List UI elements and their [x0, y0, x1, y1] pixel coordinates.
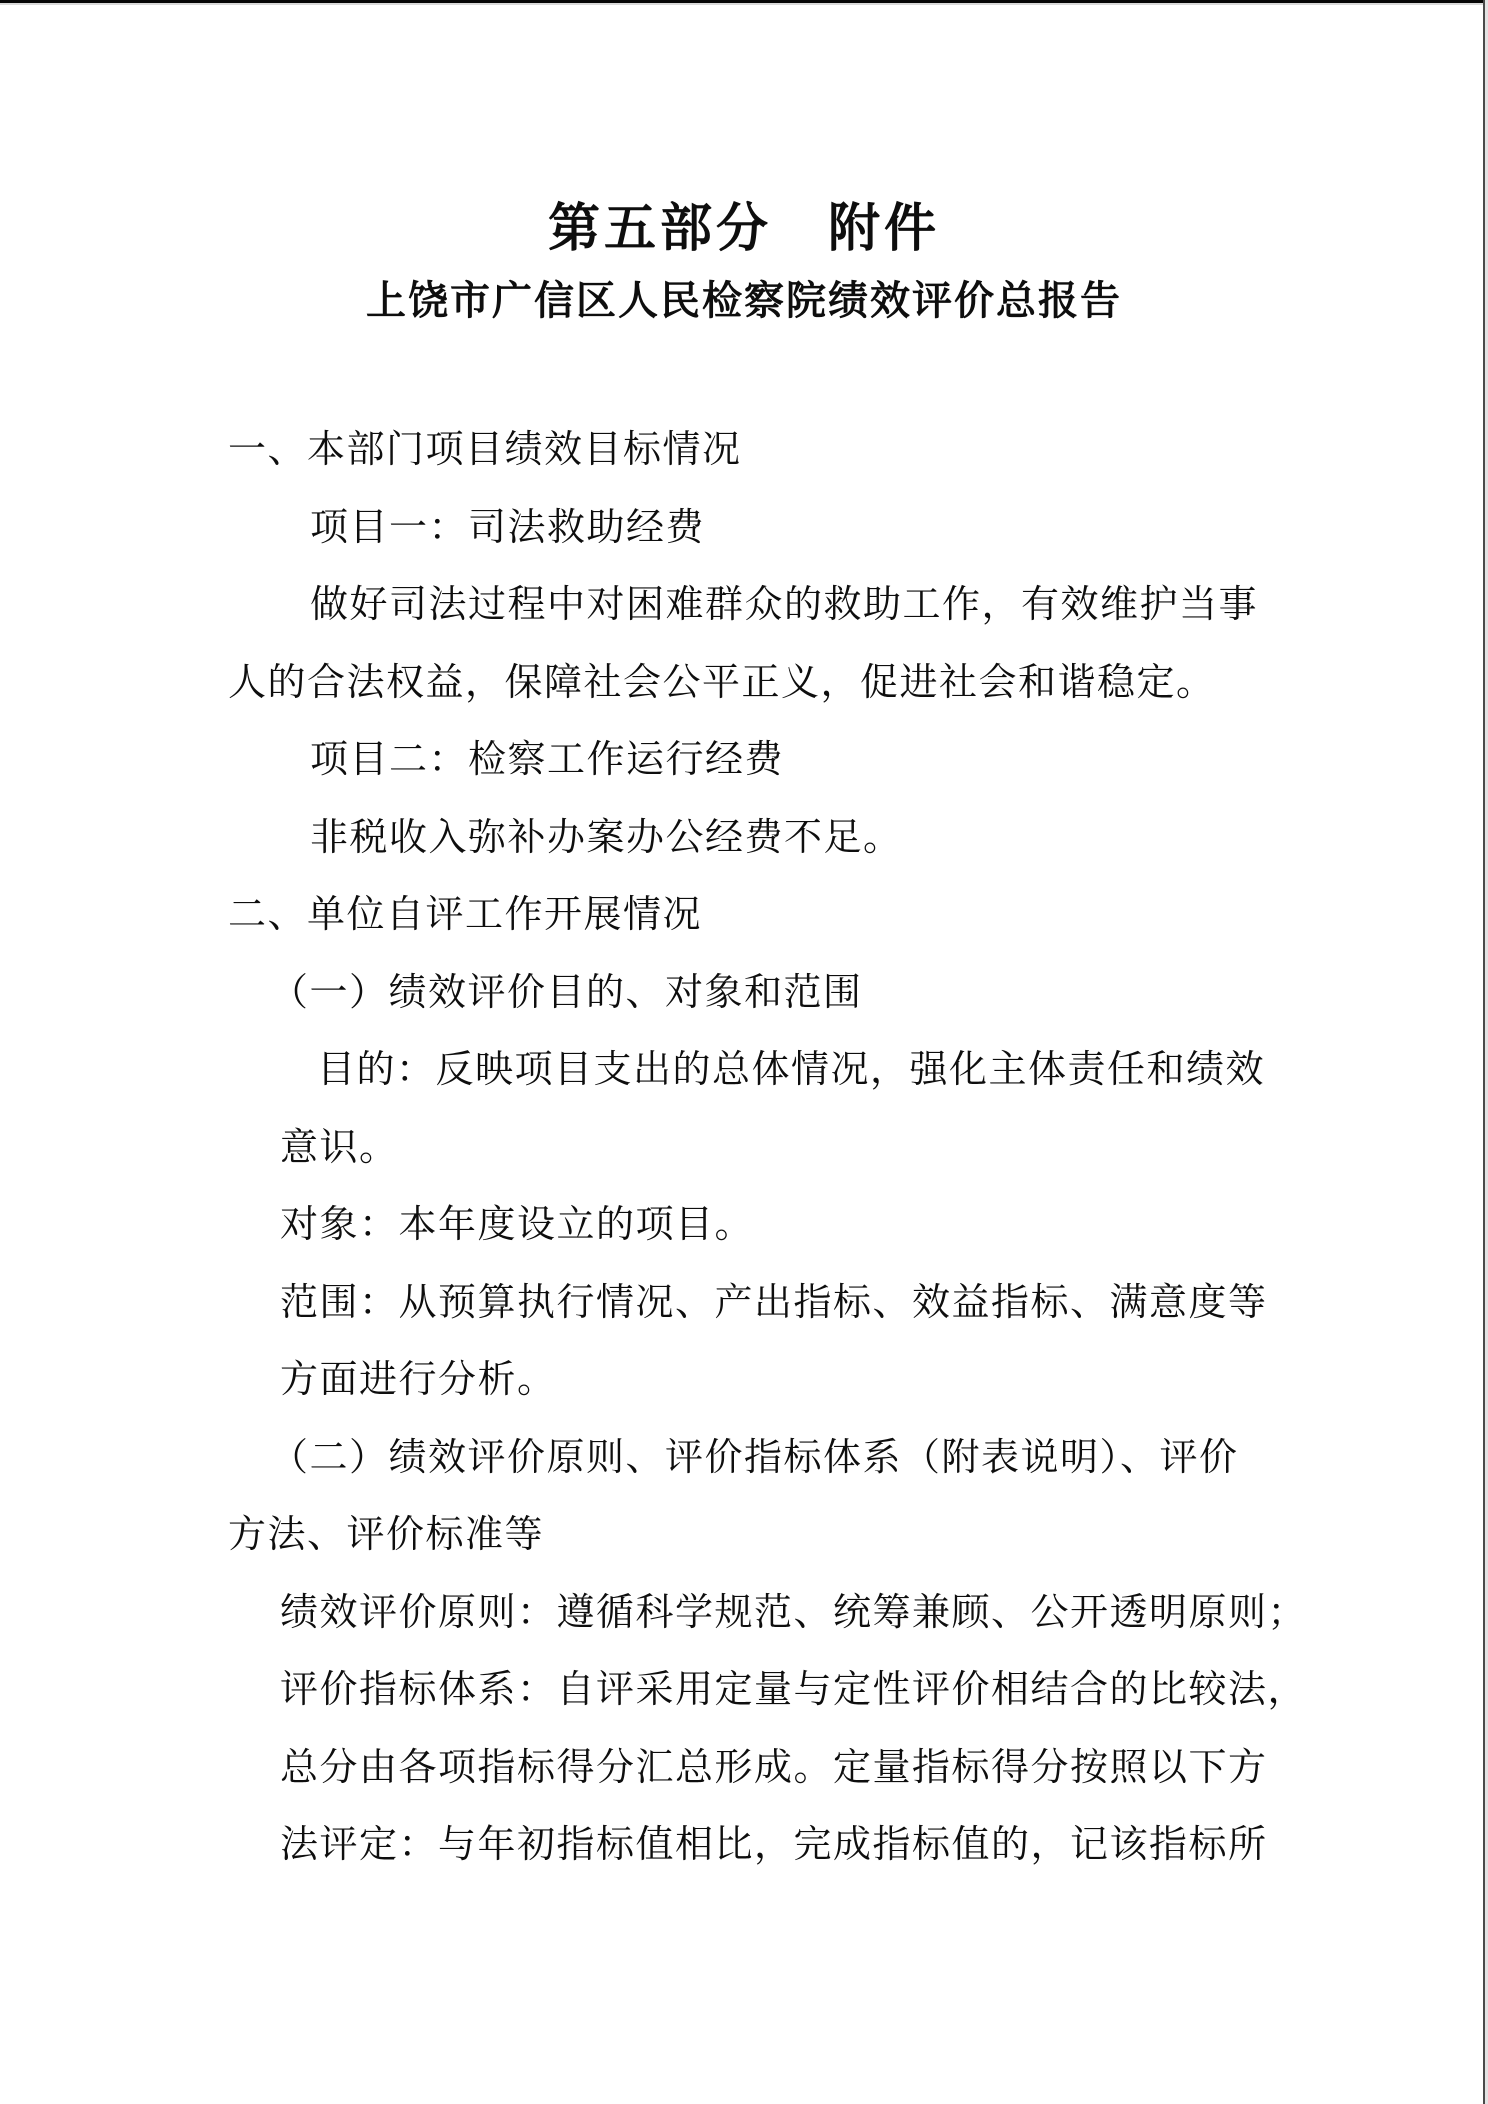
document-subtitle: 上饶市广信区人民检察院绩效评价总报告: [0, 269, 1488, 326]
text-line: 意识。: [0, 1110, 1488, 1188]
text-line: 方法、评价标准等: [0, 1497, 1488, 1575]
text-line: 项目二：检察工作运行经费: [0, 722, 1488, 800]
text-line: 总分由各项指标得分汇总形成。定量指标得分按照以下方: [0, 1730, 1488, 1808]
scan-artifact-top-border-shadow: [0, 3, 1486, 5]
text-line: 对象：本年度设立的项目。: [0, 1187, 1488, 1265]
text-line: 法评定：与年初指标值相比，完成指标值的，记该指标所: [0, 1807, 1488, 1885]
text-line: 方面进行分析。: [0, 1342, 1488, 1420]
document-title: 第五部分 附件: [0, 186, 1488, 261]
document-body: 一、本部门项目绩效目标情况项目一：司法救助经费做好司法过程中对困难群众的救助工作…: [0, 412, 1488, 1885]
text-line: （二）绩效评价原则、评价指标体系（附表说明）、评价: [0, 1420, 1488, 1498]
text-line: 人的合法权益，保障社会公平正义，促进社会和谐稳定。: [0, 645, 1488, 723]
text-line: 项目一：司法救助经费: [0, 490, 1488, 568]
text-line: 绩效评价原则：遵循科学规范、统筹兼顾、公开透明原则；: [0, 1575, 1488, 1653]
text-line: 目的：反映项目支出的总体情况，强化主体责任和绩效: [0, 1032, 1488, 1110]
text-line: 范围：从预算执行情况、产出指标、效益指标、满意度等: [0, 1265, 1488, 1343]
text-line: 非税收入弥补办案办公经费不足。: [0, 800, 1488, 878]
text-line: 评价指标体系：自评采用定量与定性评价相结合的比较法，: [0, 1652, 1488, 1730]
text-line: （一）绩效评价目的、对象和范围: [0, 955, 1488, 1033]
text-line: 一、本部门项目绩效目标情况: [0, 412, 1488, 490]
text-line: 做好司法过程中对困难群众的救助工作，有效维护当事: [0, 567, 1488, 645]
text-line: 二、单位自评工作开展情况: [0, 877, 1488, 955]
scanned-document-page: 第五部分 附件 上饶市广信区人民检察院绩效评价总报告 一、本部门项目绩效目标情况…: [0, 0, 1488, 2104]
